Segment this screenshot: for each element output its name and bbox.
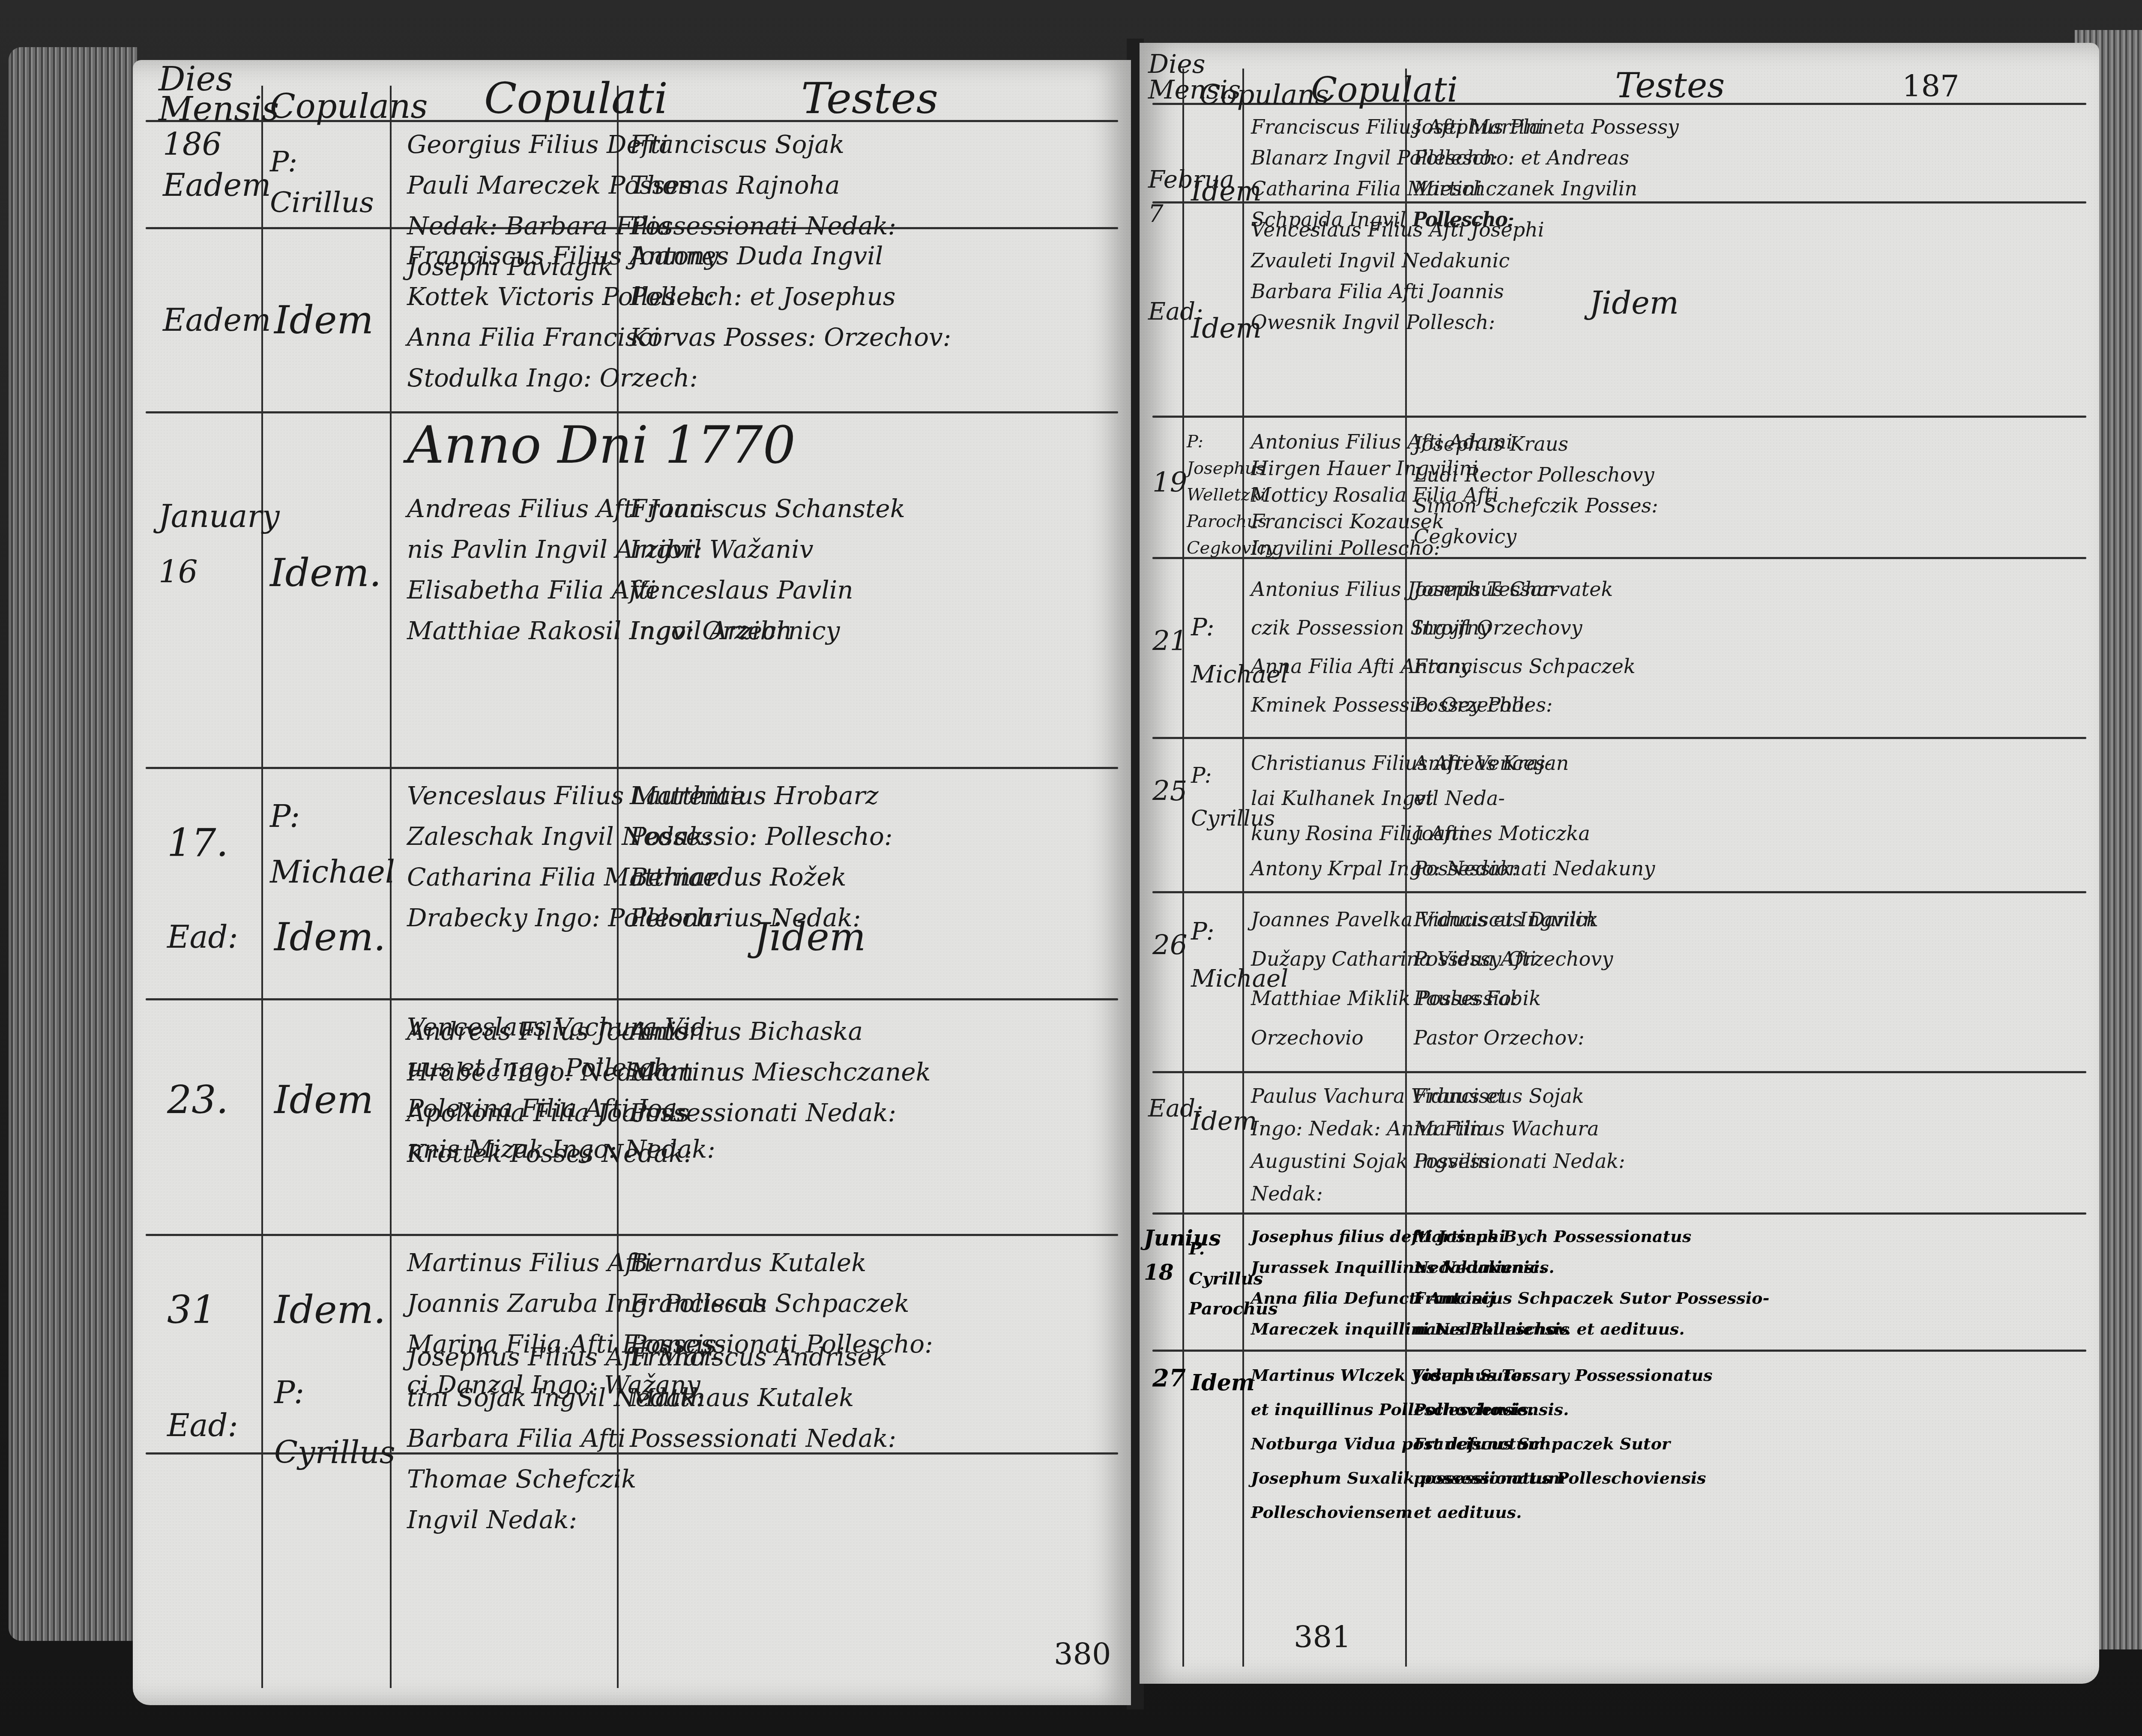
entry-copulans: P: Michael (270, 788, 381, 900)
entry-copulans: P: Cirillus (270, 141, 381, 223)
entry-date: 19 (1152, 463, 1187, 503)
testes-line: Matthaus Kutalek (630, 1377, 896, 1418)
entry-copulans: P: Michael (1191, 908, 1247, 1003)
stamped-page-number: 380 (1054, 1637, 1111, 1672)
entry-date: 27 (1152, 1358, 1186, 1399)
row-rule (1152, 1350, 2086, 1352)
row-rule (146, 411, 1118, 413)
entry-date: Februa 7 (1148, 163, 1191, 231)
book-scan: Dies Mensis Copulans Copulati Testes 186… (0, 0, 2142, 1736)
testes-line: Ingvil Wažaniv (630, 529, 905, 570)
entry-testes: Laurentius Hrobarz Possessio: Pollescho:… (630, 775, 893, 938)
header-copulans: Copulans (270, 90, 428, 123)
testes-line: Franciscus Schpaczek (630, 1283, 933, 1324)
testes-line: Possessionati Nedak: (630, 1092, 931, 1133)
entry-copulans: Idem. (270, 553, 381, 593)
testes-line: Ingvil Arzibrnicy (630, 611, 905, 651)
left-page: Dies Mensis Copulans Copulati Testes 186… (133, 60, 1131, 1705)
entry-copulati: Venceslaus Filius Afti Josephi Zvauleti … (1251, 214, 1544, 338)
testes-line: Pollescho: et Andreas (1414, 142, 1679, 173)
entry-date: 31 (167, 1290, 216, 1330)
testes-line: Pollesch: et Josephus (630, 276, 951, 317)
testes-line: Josephus Tessary Possessionatus (1414, 1358, 1712, 1392)
header-copulans: Copulans (1200, 81, 1329, 109)
entry-testes: Josephus Kraus Ludi Rector Polleschovy S… (1414, 428, 1658, 552)
testes-line: Simon Schefczik Posses: (1414, 490, 1658, 521)
testes-line: Possessionati Nedakuny (1414, 851, 1655, 886)
testes-line: Ingvil Orzechovy (1414, 608, 1636, 647)
testes-line: Venceslaus Pavlin (630, 570, 905, 611)
entry-testes: Andreas Krajan et Joannes Moticzka Posse… (1414, 745, 1655, 886)
testes-line: Martinus Bych Possessionatus (1414, 1221, 1769, 1252)
row-rule (1152, 891, 2086, 893)
entry-copulans: Idem. (274, 1290, 386, 1330)
testes-line: Possessio: Pollescho: (630, 816, 893, 857)
entry-testes: Antonius Bichaska Martinus Mieschczanek … (630, 1011, 931, 1133)
copulati-line: Zvauleti Ingvil Nedakunic (1251, 245, 1544, 276)
testes-line: Franciscus Schpaczek Sutor Possessio- (1414, 1283, 1769, 1314)
stamped-page-number: 381 (1294, 1619, 1351, 1655)
testes-line: Mieschczanek Ingvilin (1414, 173, 1679, 204)
testes-line: Franciscus Sojak (1414, 1080, 1625, 1112)
entry-copulans: P: Michael (1191, 604, 1247, 698)
testes-line: Antonius Bichaska (630, 1011, 931, 1052)
header-copulati: Copulati (484, 77, 668, 120)
entry-date: 21 (1152, 621, 1187, 662)
row-rule (1152, 1212, 2086, 1215)
entry-testes: Franciscus Sojak Martinus Wachura Posses… (1414, 1080, 1625, 1177)
testes-line: Thomas Rajnoha (630, 165, 896, 206)
testes-line: Possey Polles: (1414, 685, 1636, 724)
header-copulati: Copulati (1311, 73, 1458, 107)
entry-testes: Jidem (1589, 283, 1679, 323)
testes-line: Pastor Orzechov: (1414, 1018, 1613, 1057)
testes-line: Andreas Krajan (1414, 745, 1655, 781)
testes-line: Possessionati Nedak: (1414, 1145, 1625, 1177)
testes-line: Cegkovicy (1414, 521, 1658, 552)
entry-date: 23. (167, 1080, 228, 1120)
entry-copulans: P. Cyrillus Parochus (1189, 1234, 1245, 1324)
year-heading: Anno Dni 1770 (407, 416, 796, 475)
copulati-line: Nedak: (1251, 1177, 1505, 1210)
copulati-line: Barbara Filia Afti Joannis (1251, 276, 1544, 307)
copulati-line: Stodulka Ingo: Orzech: (407, 358, 719, 398)
entry-copulans: P: Cyrillus (1191, 754, 1247, 840)
entry-date: 17. (167, 823, 228, 863)
entry-testes: Franciscus Schanstek Ingvil Wažaniv Venc… (630, 488, 905, 651)
testes-line: Joannes Moticzka (1414, 816, 1655, 851)
copulati-line: Krottek Posses Nedak: (407, 1133, 694, 1174)
testes-line: Franciscus Danick (1414, 900, 1613, 939)
entry-testes: Martinus Bych Possessionatus Nedakuniens… (1414, 1221, 1769, 1344)
testes-line: Bernardus Kutalek (630, 1242, 933, 1283)
entry-date: 26 (1152, 925, 1187, 966)
testes-line: Paulus Fabik (1414, 979, 1613, 1018)
row-rule (1152, 416, 2086, 418)
testes-line: Korvas Posses: Orzechov: (630, 317, 951, 358)
entry-testes: Joannes Duda Ingvil Pollesch: et Josephu… (630, 236, 951, 358)
entry-testes: Jidem (754, 917, 866, 958)
testes-line: Laurentius Hrobarz (630, 775, 893, 816)
testes-line: Josephus Kraus (1414, 428, 1658, 459)
copulati-line: Ingvil Nedak: (407, 1500, 719, 1540)
header-dies-mensis: Dies Mensis (159, 64, 253, 124)
entry-copulans: Idem (274, 300, 374, 341)
entry-testes: Josephus Tessary Possessionatus Pollesch… (1414, 1358, 1712, 1529)
entry-copulans: P: Josephus Welletzki Parochus Cegkovicy (1187, 428, 1247, 561)
testes-line: Possessy Orzechovy (1414, 939, 1613, 979)
entry-date: Ead: (167, 917, 238, 958)
entry-date: Eadem (163, 300, 271, 341)
entry-copulans: Idem. (274, 917, 386, 958)
row-rule (1152, 1071, 2086, 1073)
header-dies-mensis: Dies Mensis (1148, 51, 1208, 103)
testes-line: Franciscus Andrisek (630, 1337, 896, 1377)
copulati-line: Thomae Schefczik (407, 1459, 719, 1500)
entry-testes: Josephus Charvatek Ingvil Orzechovy Fran… (1414, 570, 1636, 724)
entry-date: Ead: (167, 1405, 238, 1446)
entry-testes: Franciscus Andrisek Matthaus Kutalek Pos… (630, 1337, 896, 1459)
testes-line: et aedituus. (1414, 1495, 1712, 1529)
left-page-edges (9, 47, 137, 1641)
testes-line: possessionatus Polleschoviensis (1414, 1461, 1712, 1495)
testes-line: Nedakuniensis. (1414, 1252, 1769, 1283)
testes-line: Ludi Rector Polleschovy (1414, 459, 1658, 490)
testes-line: Franciscus Sojak (630, 124, 896, 165)
header-testes: Testes (1615, 69, 1725, 103)
testes-line: Polleschoviensis. (1414, 1392, 1712, 1427)
entry-copulans: Idem (274, 1080, 374, 1120)
testes-line: Possessionati Nedak: (630, 1418, 896, 1459)
testes-line: Franciscus Schpaczek Sutor (1414, 1427, 1712, 1461)
entry-date: January 16 (159, 488, 253, 600)
entry-date: 25 (1152, 771, 1187, 812)
right-page: Dies Mensis Copulans Copulati Testes 187… (1140, 43, 2099, 1684)
row-rule (146, 1234, 1118, 1236)
testes-line: Joannes Duda Ingvil (630, 236, 951, 276)
entry-date: 186 Eadem (163, 124, 257, 206)
folio-number: 187 (1902, 69, 1960, 104)
entry-testes: Franciscus Sojak Thomas Rajnoha Possessi… (630, 124, 896, 246)
testes-line: Franciscus Schanstek (630, 488, 905, 529)
entry-copulans: Idem (1191, 1362, 1255, 1403)
entry-copulans: Idem (1191, 1101, 1257, 1142)
entry-testes: Franciscus Danick Possessy Orzechovy Pau… (1414, 900, 1613, 1057)
row-rule (146, 998, 1118, 1000)
testes-line: et (1414, 781, 1655, 816)
testes-line: natus Polleschov. et aedituus. (1414, 1314, 1769, 1344)
testes-line: Franciscus Schpaczek (1414, 647, 1636, 685)
row-rule (1152, 737, 2086, 739)
entry-copulans: P: Cyrillus (274, 1362, 386, 1482)
row-rule (146, 767, 1118, 769)
copulati-line: Owesnik Ingvil Pollesch: (1251, 307, 1544, 338)
testes-line: Martinus Wachura (1414, 1112, 1625, 1145)
testes-line: Josephus Planeta Possessy (1414, 111, 1679, 142)
header-testes: Testes (801, 77, 938, 120)
testes-line: Bernardus Rožek (630, 857, 893, 898)
copulati-line: Venceslaus Filius Afti Josephi (1251, 214, 1544, 245)
testes-line: Josephus Charvatek (1414, 570, 1636, 608)
entry-date: Junius 18 (1144, 1221, 1191, 1290)
testes-line: Martinus Mieschczanek (630, 1052, 931, 1092)
